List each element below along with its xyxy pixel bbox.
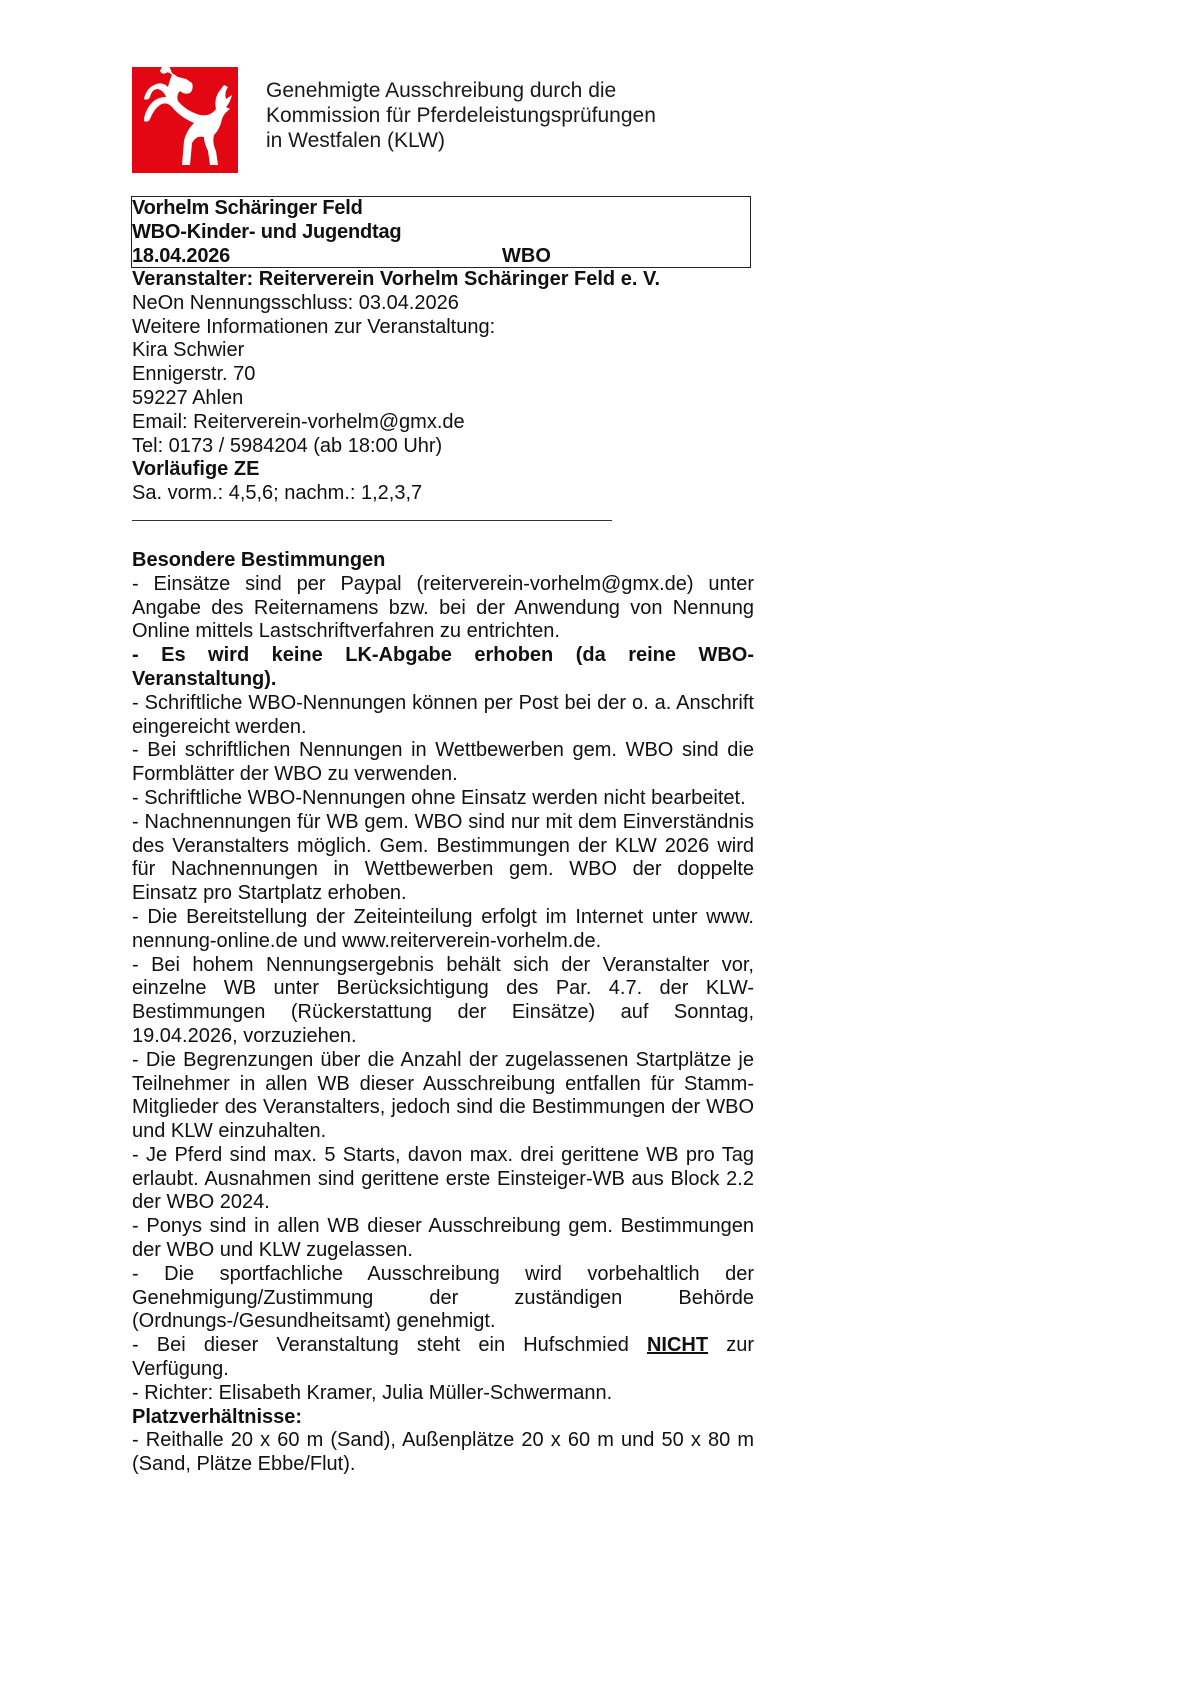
rule-item: - Bei schriftlichen Nennungen in Wettbew… bbox=[132, 739, 754, 787]
approval-notice: Genehmigte Ausschreibung durch die Kommi… bbox=[266, 78, 656, 153]
organizer: Veranstalter: Reiterverein Vorhelm Schär… bbox=[132, 268, 754, 292]
event-title-box: Vorhelm Schäringer Feld WBO-Kinder- und … bbox=[131, 196, 751, 268]
contact-phone: Tel: 0173 / 5984204 (ab 18:00 Uhr) bbox=[132, 435, 754, 459]
document-body: Vorhelm Schäringer Feld WBO-Kinder- und … bbox=[132, 196, 754, 1477]
rule-item: - Einsätze sind per Paypal (reiterverein… bbox=[132, 573, 754, 644]
event-name: WBO-Kinder- und Jugendtag bbox=[132, 221, 750, 245]
rule-item: - Bei hohem Nennungsergebnis behält sich… bbox=[132, 954, 754, 1049]
event-date: 18.04.2026 bbox=[132, 245, 750, 269]
rule-item: - Schriftliche WBO-Nennungen können per … bbox=[132, 692, 754, 740]
contact-street: Ennigerstr. 70 bbox=[132, 363, 754, 387]
more-info-label: Weitere Informationen zur Veranstaltung: bbox=[132, 316, 754, 340]
farrier-emphasis: NICHT bbox=[647, 1334, 708, 1356]
rule-item: - Nachnennungen für WB gem. WBO sind nur… bbox=[132, 811, 754, 906]
approval-line: Kommission für Pferdeleistungsprüfungen bbox=[266, 103, 656, 128]
entry-deadline: NeOn Nennungsschluss: 03.04.2026 bbox=[132, 292, 754, 316]
divider bbox=[132, 506, 612, 521]
schedule-heading: Vorläufige ZE bbox=[132, 458, 754, 482]
rule-item: - Ponys sind in allen WB dieser Ausschre… bbox=[132, 1215, 754, 1263]
contact-email[interactable]: Email: Reiterverein-vorhelm@gmx.de bbox=[132, 411, 754, 435]
rule-item: - Die Begrenzungen über die Anzahl der z… bbox=[132, 1049, 754, 1144]
special-rules-heading: Besondere Bestimmungen bbox=[132, 549, 754, 573]
contact-city: 59227 Ahlen bbox=[132, 387, 754, 411]
approval-line: Genehmigte Ausschreibung durch die bbox=[266, 78, 656, 103]
event-type: WBO bbox=[502, 245, 551, 269]
farrier-text: - Bei dieser Veranstaltung steht ein Huf… bbox=[132, 1334, 647, 1356]
event-location: Vorhelm Schäringer Feld bbox=[132, 197, 750, 221]
rule-item: - Es wird keine LK-Abgabe erhoben (da re… bbox=[132, 644, 754, 692]
rule-item: - Die Bereitstellung der Zeiteinteilung … bbox=[132, 906, 754, 954]
schedule: Sa. vorm.: 4,5,6; nachm.: 1,2,3,7 bbox=[132, 482, 754, 506]
venue-text: - Reithalle 20 x 60 m (Sand), Außenplätz… bbox=[132, 1429, 754, 1477]
judges: - Richter: Elisabeth Kramer, Julia Mülle… bbox=[132, 1382, 754, 1406]
venue-heading: Platzverhältnisse: bbox=[132, 1406, 754, 1430]
rule-item: - Je Pferd sind max. 5 Starts, davon max… bbox=[132, 1144, 754, 1215]
rule-item-farrier: - Bei dieser Veranstaltung steht ein Huf… bbox=[132, 1334, 754, 1382]
horse-icon bbox=[132, 67, 238, 173]
approval-line: in Westfalen (KLW) bbox=[266, 128, 656, 153]
contact-name: Kira Schwier bbox=[132, 339, 754, 363]
rule-item: - Schriftliche WBO-Nennungen ohne Einsat… bbox=[132, 787, 754, 811]
rule-item: - Die sportfachliche Ausschreibung wird … bbox=[132, 1263, 754, 1334]
klw-logo bbox=[132, 67, 238, 173]
